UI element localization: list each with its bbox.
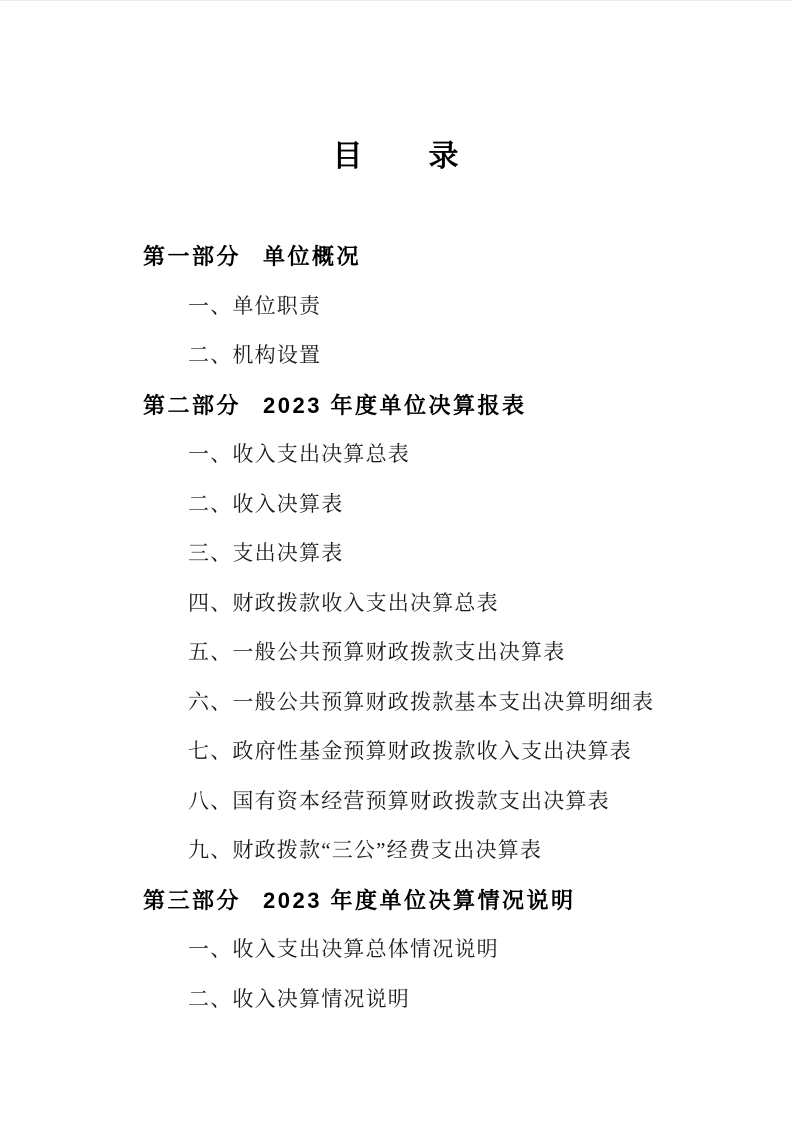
toc-item: 二、收入决算情况说明 [143, 987, 703, 1037]
part-label: 第一部分 [143, 244, 263, 270]
toc-item: 一、单位职责 [143, 294, 703, 344]
toc-item: 九、财政拨款“三公”经费支出决算表 [143, 838, 703, 888]
toc-item: 二、机构设置 [143, 343, 703, 393]
toc-item: 八、国有资本经营预算财政拨款支出决算表 [143, 789, 703, 839]
toc-item: 三、支出决算表 [143, 541, 703, 591]
toc-item: 四、财政拨款收入支出决算总表 [143, 591, 703, 641]
part-heading: 单位概况 [263, 244, 361, 269]
toc-section-heading-part1: 第一部分单位概况 [143, 244, 703, 294]
part-heading: 2023 年度单位决算情况说明 [263, 888, 576, 913]
toc-item: 七、政府性基金预算财政拨款收入支出决算表 [143, 739, 703, 789]
toc-item: 二、收入决算表 [143, 492, 703, 542]
toc-item: 一、收入支出决算总体情况说明 [143, 937, 703, 987]
page-title: 目 录 [0, 142, 793, 172]
toc-item: 六、一般公共预算财政拨款基本支出决算明细表 [143, 690, 703, 740]
document-page: 目 录 第一部分单位概况 一、单位职责 二、机构设置 第二部分2023 年度单位… [0, 0, 793, 1122]
toc-item: 五、一般公共预算财政拨款支出决算表 [143, 640, 703, 690]
part-label: 第三部分 [143, 888, 263, 914]
toc-section-heading-part2: 第二部分2023 年度单位决算报表 [143, 393, 703, 443]
part-heading: 2023 年度单位决算报表 [263, 393, 527, 418]
part-label: 第二部分 [143, 393, 263, 419]
toc-section-heading-part3: 第三部分2023 年度单位决算情况说明 [143, 888, 703, 938]
toc-item: 一、收入支出决算总表 [143, 442, 703, 492]
table-of-contents: 第一部分单位概况 一、单位职责 二、机构设置 第二部分2023 年度单位决算报表… [143, 244, 703, 1036]
